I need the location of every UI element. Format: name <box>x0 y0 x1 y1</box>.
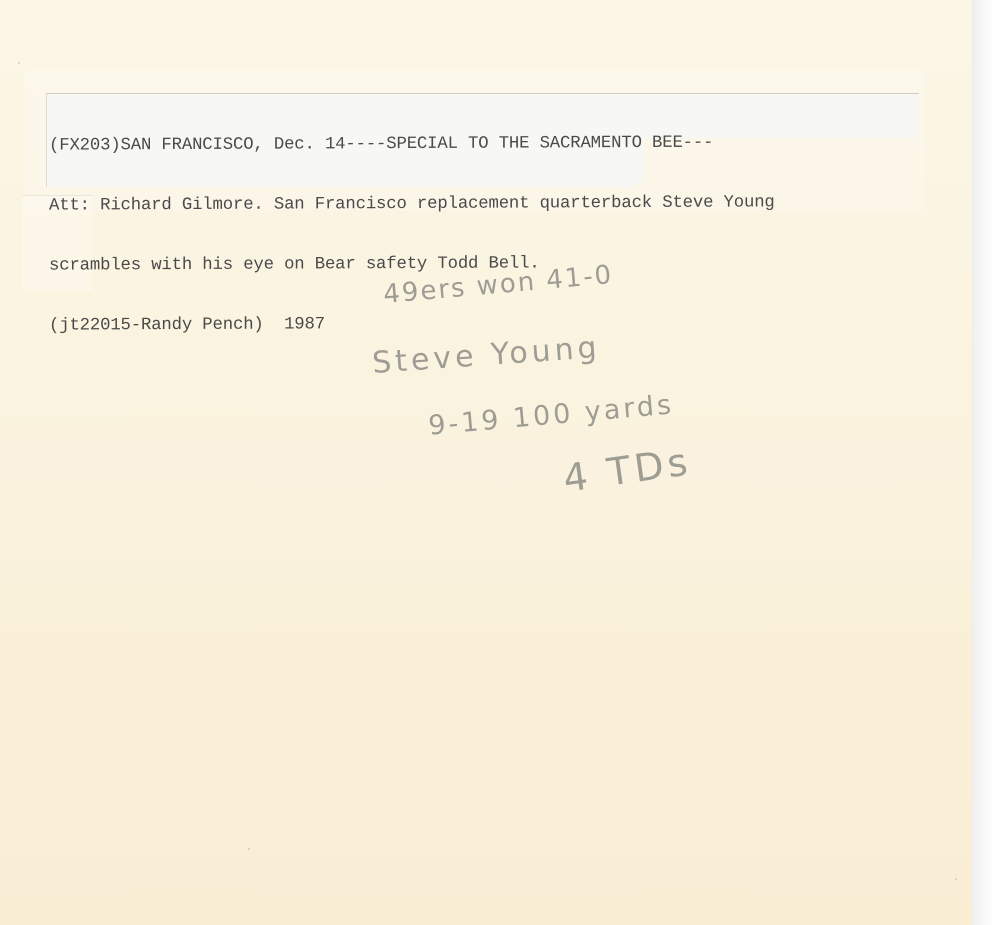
note-player-name: Steve Young <box>371 330 602 381</box>
note-passing-stats: 9-19 100 yards <box>427 389 675 441</box>
note-touchdowns: 4 TDs <box>561 439 694 500</box>
scan-margin <box>972 0 995 925</box>
handwritten-notes: 49ers won 41-0 Steve Young 9-19 100 yard… <box>0 0 972 925</box>
paper-speck <box>18 62 20 64</box>
paper-speck <box>248 848 250 850</box>
note-score: 49ers won 41-0 <box>382 260 614 310</box>
paper-speck <box>955 878 957 880</box>
